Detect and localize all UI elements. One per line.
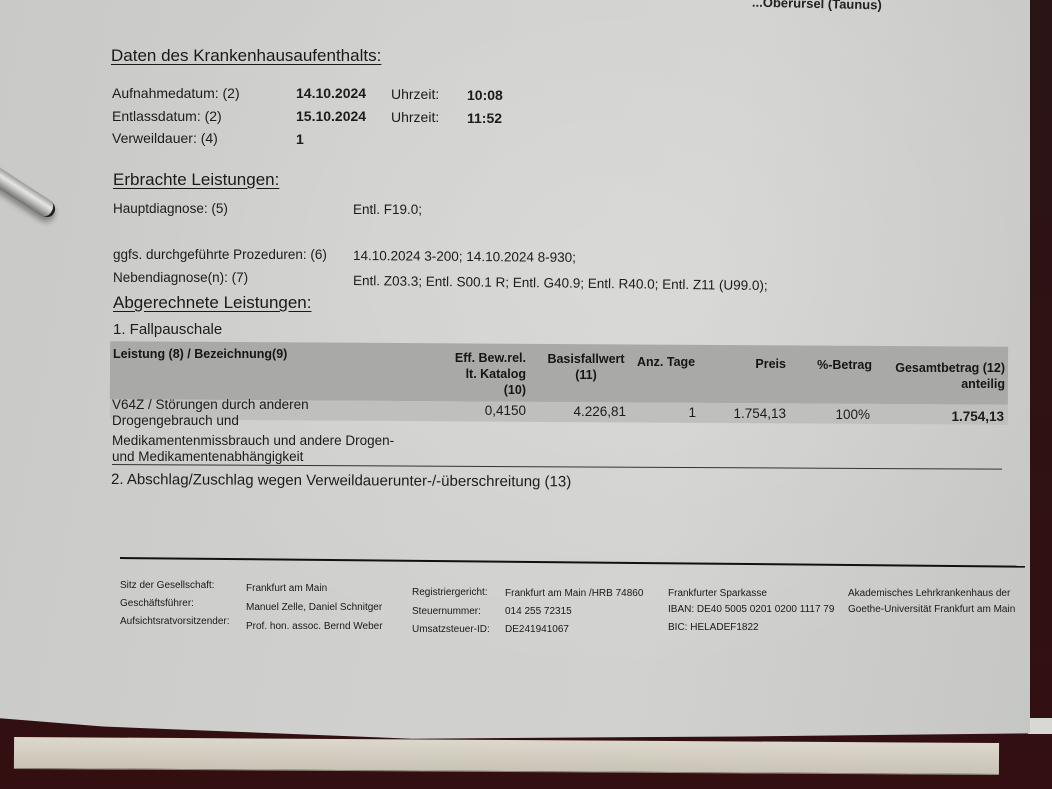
hospital-address-fragment: ...Oberursel (Taunus) (752, 0, 882, 12)
services-section-title: Erbrachte Leistungen: (113, 170, 279, 190)
row-service-line2: Drogengebrauch und (112, 412, 239, 429)
footer-court-label: Registriergericht: (412, 584, 488, 601)
procedures-value: 14.10.2024 3-200; 14.10.2024 8-930; (353, 248, 576, 265)
secondary-diagnoses-value: Entl. Z03.3; Entl. S00.1 R; Entl. G40.9;… (353, 273, 768, 293)
discharge-time-label: Uhrzeit: (391, 109, 439, 125)
footer-board-label: Aufsichtsratvorsitzender: (120, 613, 230, 630)
col-header-base-rate: Basisfallwert (11) (536, 351, 636, 383)
footer-board-value: Prof. hon. assoc. Bernd Weber (246, 618, 383, 635)
billing-section-title: Abgerechnete Leistungen: (113, 293, 312, 313)
footer-vat-value: DE241941067 (505, 621, 569, 638)
row-service-line1: V64Z / Störungen durch anderen (112, 396, 309, 413)
footer-vat-label: Umsatzsteuer-ID: (412, 621, 490, 638)
table-bottom-rule (112, 464, 1002, 470)
col-header-total-line1: Gesamtbetrag (12) (880, 360, 1005, 376)
duration-label: Verweildauer: (4) (112, 130, 218, 146)
footer-seat-value: Frankfurt am Main (246, 580, 327, 597)
footer-managers-label: Geschäftsführer: (120, 595, 194, 612)
col-header-eff-weight: Eff. Bew.rel. lt. Katalog (10) (420, 350, 526, 398)
col-header-price: Preis (720, 356, 786, 372)
col-header-total: Gesamtbetrag (12) anteilig (880, 360, 1005, 392)
row-service-line3: Medikamentenmissbrauch und andere Drogen… (112, 432, 394, 449)
row-total: 1.754,13 (900, 408, 1004, 425)
footer-iban: IBAN: DE40 5005 0201 0200 1117 79 (668, 601, 834, 618)
admission-date-label: Aufnahmedatum: (2) (112, 85, 240, 101)
footer-court-value: Frankfurt am Main /HRB 74860 (505, 585, 643, 602)
secondary-diagnoses-label: Nebendiagnose(n): (7) (113, 270, 248, 285)
footer-bic: BIC: HELADEF1822 (668, 619, 759, 636)
row-service-line4: und Medikamentenabhängigkeit (112, 448, 303, 465)
procedures-label: ggfs. durchgeführte Prozeduren: (6) (113, 247, 327, 262)
footer-separator (120, 557, 1025, 568)
duration-value: 1 (296, 131, 304, 147)
footer-managers-value: Manuel Zelle, Daniel Schnitger (246, 599, 382, 616)
footer-academic-line2: Goethe-Universität Frankfurt am Main (848, 601, 1015, 618)
col-header-eff-weight-line3: (10) (420, 382, 526, 398)
col-header-base-rate-line1: Basisfallwert (536, 351, 636, 367)
row-price: 1.754,13 (710, 405, 786, 422)
flat-rate-title: 1. Fallpauschale (113, 321, 222, 338)
col-header-eff-weight-line1: Eff. Bew.rel. (420, 350, 526, 366)
main-diagnosis-label: Hauptdiagnose: (5) (113, 201, 228, 216)
col-header-days: Anz. Tage (637, 354, 695, 370)
col-header-base-rate-line2: (11) (536, 367, 636, 383)
footer-academic-line1: Akademisches Lehrkrankenhaus der (848, 585, 1010, 602)
footer-tax-label: Steuernummer: (412, 603, 481, 620)
discharge-date-value: 15.10.2024 (296, 108, 366, 124)
admission-time-label: Uhrzeit: (391, 86, 439, 102)
admission-date-value: 14.10.2024 (296, 85, 366, 101)
stay-section-title: Daten des Krankenhausaufenthalts: (111, 46, 381, 66)
col-header-eff-weight-line2: lt. Katalog (420, 366, 526, 382)
row-base-rate: 4.226,81 (540, 403, 626, 420)
footer-seat-label: Sitz der Gesellschaft: (120, 577, 214, 594)
main-diagnosis-value: Entl. F19.0; (353, 202, 422, 217)
document-content: ...Oberursel (Taunus) Daten des Krankenh… (0, 0, 1052, 789)
col-header-service: Leistung (8) / Bezeichnung(9) (113, 346, 287, 362)
row-percent: 100% (800, 406, 870, 423)
row-eff-weight: 0,4150 (440, 402, 526, 419)
discharge-time-value: 11:52 (467, 110, 502, 126)
footer-bank-name: Frankfurter Sparkasse (668, 585, 767, 602)
discharge-date-label: Entlassdatum: (2) (112, 108, 222, 124)
col-header-total-line2: anteilig (880, 376, 1005, 392)
footer-tax-value: 014 255 72315 (505, 603, 572, 620)
col-header-percent: %-Betrag (800, 357, 872, 373)
admission-time-value: 10:08 (467, 87, 503, 103)
length-of-stay-adjustment-title: 2. Abschlag/Zuschlag wegen Verweildaueru… (111, 471, 571, 490)
row-days: 1 (660, 404, 696, 421)
